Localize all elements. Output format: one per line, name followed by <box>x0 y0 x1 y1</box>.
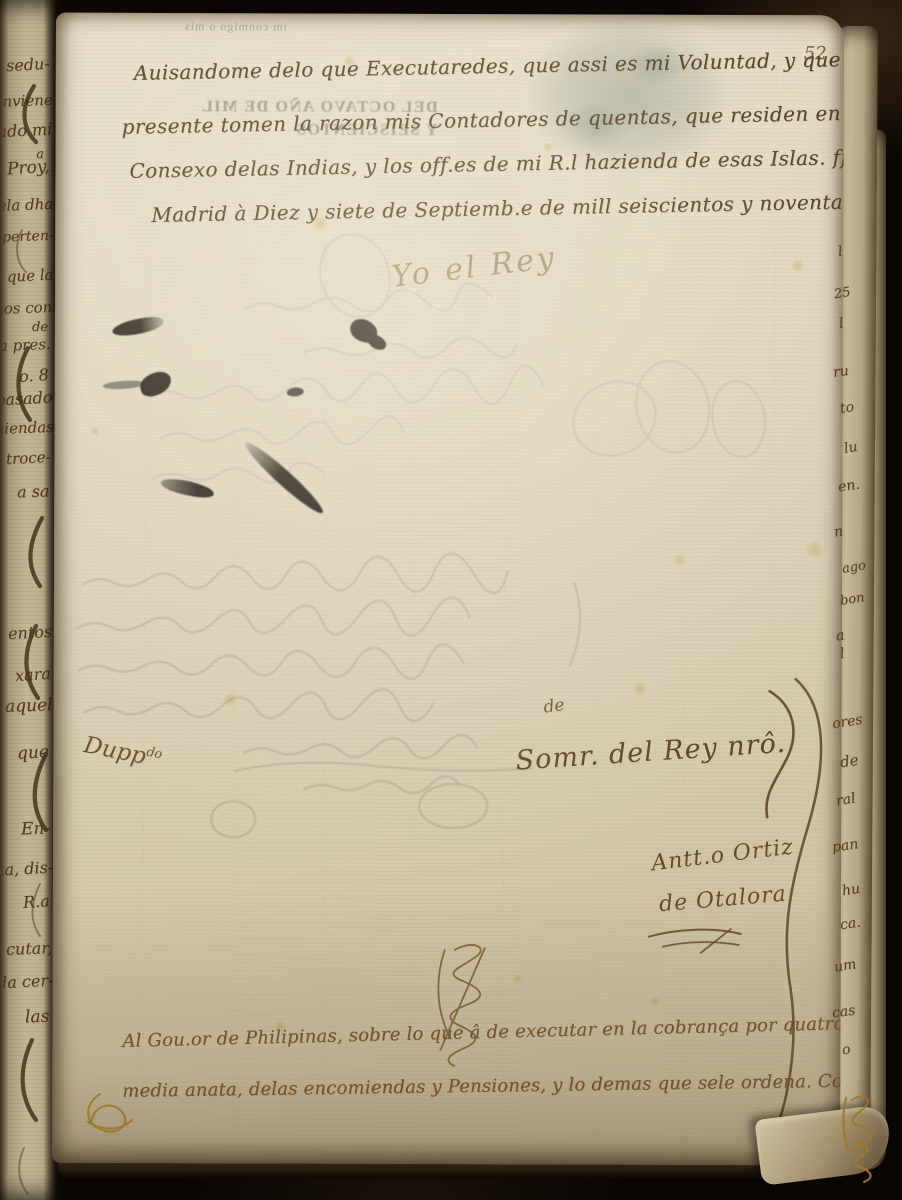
edge-fragment: to <box>839 399 855 417</box>
edge-fragment: hu <box>841 881 861 900</box>
edge-fragment: 25 <box>833 285 852 303</box>
edge-fragment: ores <box>831 712 864 733</box>
manuscript-page: im conmigo o mis DEL OCTAVO AÑO DE MIL Y… <box>52 13 844 1166</box>
docket-line: Al Gou.or de Philipinas, sobre lo que â … <box>122 1011 844 1052</box>
fox-stain <box>674 555 685 566</box>
edge-fragment: en. <box>837 477 861 496</box>
edge-fragment: l <box>839 646 846 662</box>
lighting-sheen <box>52 13 844 1166</box>
edge-fragment: ru <box>832 363 850 381</box>
duplicate-mark-superscript: do <box>145 744 163 762</box>
fox-stain <box>634 683 647 696</box>
duplicate-mark: Duppdo <box>82 732 164 773</box>
edge-fragment: o <box>841 1041 852 1058</box>
paper-texture <box>52 13 844 1166</box>
edge-fragment: ago <box>841 558 867 577</box>
docket-line: media anata, delas encomiendas y Pension… <box>122 1070 844 1102</box>
fox-stain <box>224 693 237 706</box>
edge-fragment: cas <box>831 1002 856 1021</box>
edge-fragment: pan <box>831 836 859 856</box>
leaf-edge-fragments: l25lrutoluen.nagobonaloresderalpanhuca.u… <box>828 0 902 1200</box>
edge-fragment: bon <box>839 590 866 609</box>
ink-blot <box>240 437 327 518</box>
ghost-print-small-line: im conmigo o mis <box>184 19 287 34</box>
edge-fragment: ca. <box>839 915 862 934</box>
ink-blot <box>102 379 144 390</box>
ink-blot <box>365 332 389 353</box>
photo-background: sedu-convienetado miaProy,dela dhaas per… <box>0 0 902 1200</box>
ink-blot <box>111 315 165 339</box>
ink-blot <box>286 387 304 398</box>
body-line: Auisandome delo que Executaredes, que as… <box>134 46 844 85</box>
edge-fragment: a <box>835 627 846 644</box>
duplicate-mark-text: Dupp <box>82 732 149 770</box>
council-attestation-prefix: de <box>542 695 565 718</box>
rubric-flourish <box>438 945 485 1066</box>
edge-fragment: l <box>838 316 845 332</box>
fox-stain <box>91 427 100 436</box>
ghost-writing-svg <box>52 13 844 1166</box>
royal-signature: Yo el Rey <box>390 240 559 294</box>
secretary-signature: de Otalora <box>658 882 788 918</box>
edge-fragment: l <box>837 244 844 260</box>
fox-stain <box>513 974 522 983</box>
edge-fragment: de <box>839 751 860 771</box>
signature-paraph-svg <box>52 13 844 1166</box>
edge-fragment: lu <box>843 439 859 457</box>
fox-stain <box>651 997 660 1006</box>
body-line: Madrid à Diez y siete de Septiemb.e de m… <box>151 190 844 227</box>
fox-stain <box>806 541 823 558</box>
council-attestation: Somr. del Rey nrô. <box>515 728 787 777</box>
edge-fragment: n <box>833 523 844 540</box>
edge-fragment: ral <box>835 791 857 810</box>
ink-blot <box>160 476 216 500</box>
body-line: Consexo delas Indias, y los off.es de mi… <box>129 144 844 183</box>
fox-stain <box>791 259 804 272</box>
edge-fragment: um <box>833 956 858 975</box>
secretary-signature: Antt.o Ortiz <box>650 835 795 877</box>
